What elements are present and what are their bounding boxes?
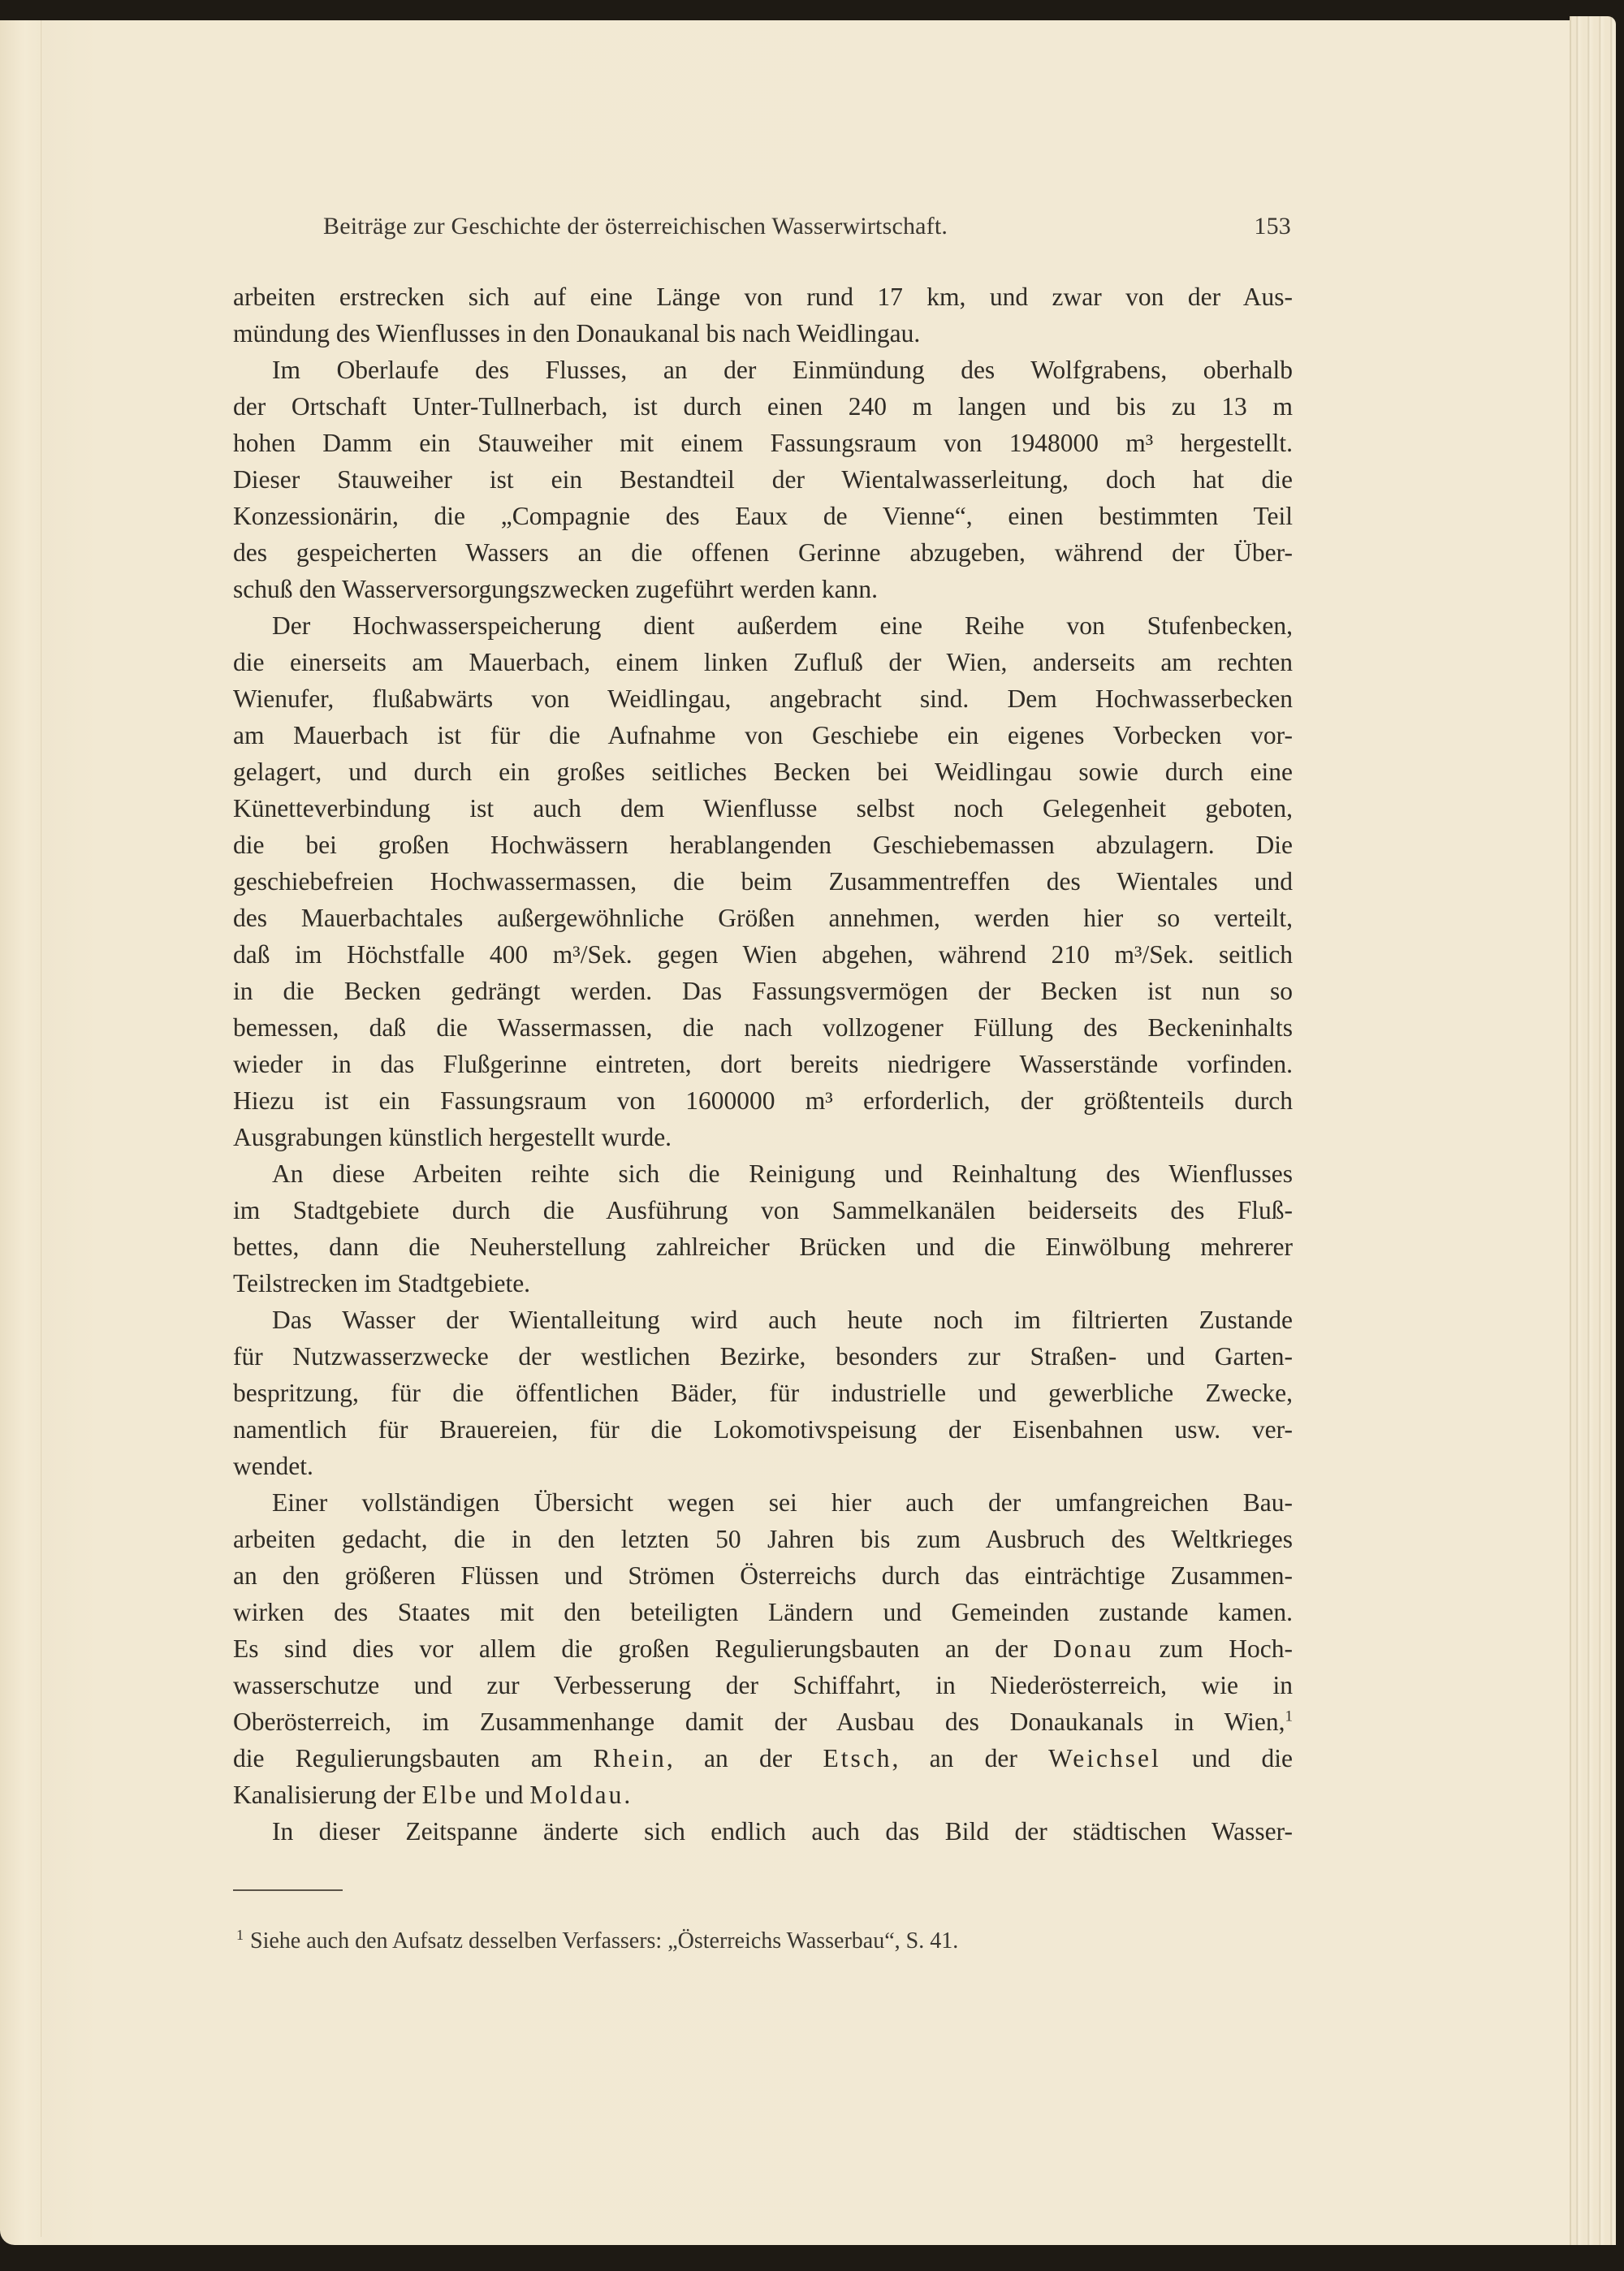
text-line: bemessen, daß die Wassermassen, die nach… xyxy=(233,1009,1293,1046)
paragraph-3: Der Hochwasserspeicherung dient außerdem… xyxy=(233,607,1293,1155)
text-line: Einer vollständigen Übersicht wegen sei … xyxy=(233,1484,1293,1521)
text-line: wirken des Staates mit den beteiligten L… xyxy=(233,1594,1293,1630)
text-line: Es sind dies vor allem die großen Reguli… xyxy=(233,1630,1293,1667)
text-line: namentlich für Brauereien, für die Lokom… xyxy=(233,1411,1293,1448)
text-line: bespritzung, für die öffentlichen Bäder,… xyxy=(233,1375,1293,1411)
body-text: arbeiten erstrecken sich auf eine Länge … xyxy=(233,278,1293,1850)
text-line: für Nutzwasserzwecke der westlichen Bezi… xyxy=(233,1338,1293,1375)
footnote-text: Siehe auch den Aufsatz desselben Verfass… xyxy=(250,1928,958,1954)
page-edges xyxy=(1570,16,1616,2245)
spaced-river-name: Donau xyxy=(1053,1634,1134,1663)
spaced-river-name: Weichsel xyxy=(1048,1744,1161,1772)
text-line: arbeiten gedacht, die in den letzten 50 … xyxy=(233,1521,1293,1557)
text-line: im Stadtgebiete durch die Ausführung von… xyxy=(233,1192,1293,1228)
text-line: Oberösterreich, im Zusammenhange damit d… xyxy=(233,1703,1293,1740)
text-line: bettes, dann die Neuherstellung zahlreic… xyxy=(233,1228,1293,1265)
text-line: des gespeicherten Wassers an die offenen… xyxy=(233,534,1293,571)
running-head-title: Beiträge zur Geschichte der österreichis… xyxy=(323,213,948,240)
footnote-divider xyxy=(233,1889,343,1891)
text-line: Im Oberlaufe des Flusses, an der Einmünd… xyxy=(233,352,1293,388)
text-line: geschiebefreien Hochwassermassen, die be… xyxy=(233,863,1293,900)
text-line: In dieser Zeitspanne änderte sich endlic… xyxy=(233,1813,1293,1850)
page-number: 153 xyxy=(1254,213,1291,240)
text-line: wendet. xyxy=(233,1448,1293,1484)
text-line: in die Becken gedrängt werden. Das Fassu… xyxy=(233,973,1293,1009)
footnote: 1Siehe auch den Aufsatz desselben Verfas… xyxy=(233,1927,1293,1956)
text-line: daß im Höchstfalle 400 m³/Sek. gegen Wie… xyxy=(233,936,1293,973)
text-line: des Mauerbachtales außergewöhnliche Größ… xyxy=(233,900,1293,936)
text-line: Hiezu ist ein Fassungsraum von 1600000 m… xyxy=(233,1082,1293,1119)
text-line: Konzessionärin, die „Compagnie des Eaux … xyxy=(233,498,1293,534)
text-line: wasserschutze und zur Verbesserung der S… xyxy=(233,1667,1293,1703)
text-line: Teilstrecken im Stadtgebiete. xyxy=(233,1265,1293,1302)
text-line: Kanalisierung der Elbe und Moldau. xyxy=(233,1777,1293,1813)
text-line: An diese Arbeiten reihte sich die Reinig… xyxy=(233,1155,1293,1192)
text-line: am Mauerbach ist für die Aufnahme von Ge… xyxy=(233,717,1293,753)
paragraph-6: Einer vollständigen Übersicht wegen sei … xyxy=(233,1484,1293,1813)
spaced-river-name: Elbe xyxy=(422,1781,479,1809)
spaced-river-name: Moldau xyxy=(529,1781,624,1809)
text-line: mündung des Wienflusses in den Donaukana… xyxy=(233,315,1293,352)
book-gutter xyxy=(41,20,43,2237)
text-line: der Ortschaft Unter-Tullnerbach, ist dur… xyxy=(233,388,1293,425)
text-line: schuß den Wasserversorgungszwecken zugef… xyxy=(233,571,1293,607)
text-line: Künetteverbindung ist auch dem Wienfluss… xyxy=(233,790,1293,827)
text-line: gelagert, und durch ein großes seitliche… xyxy=(233,753,1293,790)
text-line: die bei großen Hochwässern herablangende… xyxy=(233,827,1293,863)
text-line: Dieser Stauweiher ist ein Bestandteil de… xyxy=(233,461,1293,498)
spaced-river-name: Etsch xyxy=(823,1744,892,1772)
text-line: wieder in das Flußgerinne eintreten, dor… xyxy=(233,1046,1293,1082)
text-line: Das Wasser der Wientalleitung wird auch … xyxy=(233,1302,1293,1338)
paragraph-1: arbeiten erstrecken sich auf eine Länge … xyxy=(233,278,1293,352)
text-line: die Regulierungsbauten am Rhein, an der … xyxy=(233,1740,1293,1777)
spaced-river-name: Rhein xyxy=(594,1744,667,1772)
text-line: hohen Damm ein Stauweiher mit einem Fass… xyxy=(233,425,1293,461)
text-line: Ausgrabungen künstlich hergestellt wurde… xyxy=(233,1119,1293,1155)
paragraph-2: Im Oberlaufe des Flusses, an der Einmünd… xyxy=(233,352,1293,607)
text-line: arbeiten erstrecken sich auf eine Länge … xyxy=(233,278,1293,315)
text-line: Wienufer, flußabwärts von Weidlingau, an… xyxy=(233,680,1293,717)
paragraph-7: In dieser Zeitspanne änderte sich endlic… xyxy=(233,1813,1293,1850)
text-line: die einerseits am Mauerbach, einem linke… xyxy=(233,644,1293,680)
footnote-marker: 1 xyxy=(236,1927,244,1943)
text-line: an den größeren Flüssen und Strömen Öste… xyxy=(233,1557,1293,1594)
running-head: Beiträge zur Geschichte der österreichis… xyxy=(323,213,1291,245)
footnote-reference[interactable]: 1 xyxy=(1285,1708,1294,1725)
text-line: Der Hochwasserspeicherung dient außerdem… xyxy=(233,607,1293,644)
paragraph-5: Das Wasser der Wientalleitung wird auch … xyxy=(233,1302,1293,1484)
paragraph-4: An diese Arbeiten reihte sich die Reinig… xyxy=(233,1155,1293,1302)
